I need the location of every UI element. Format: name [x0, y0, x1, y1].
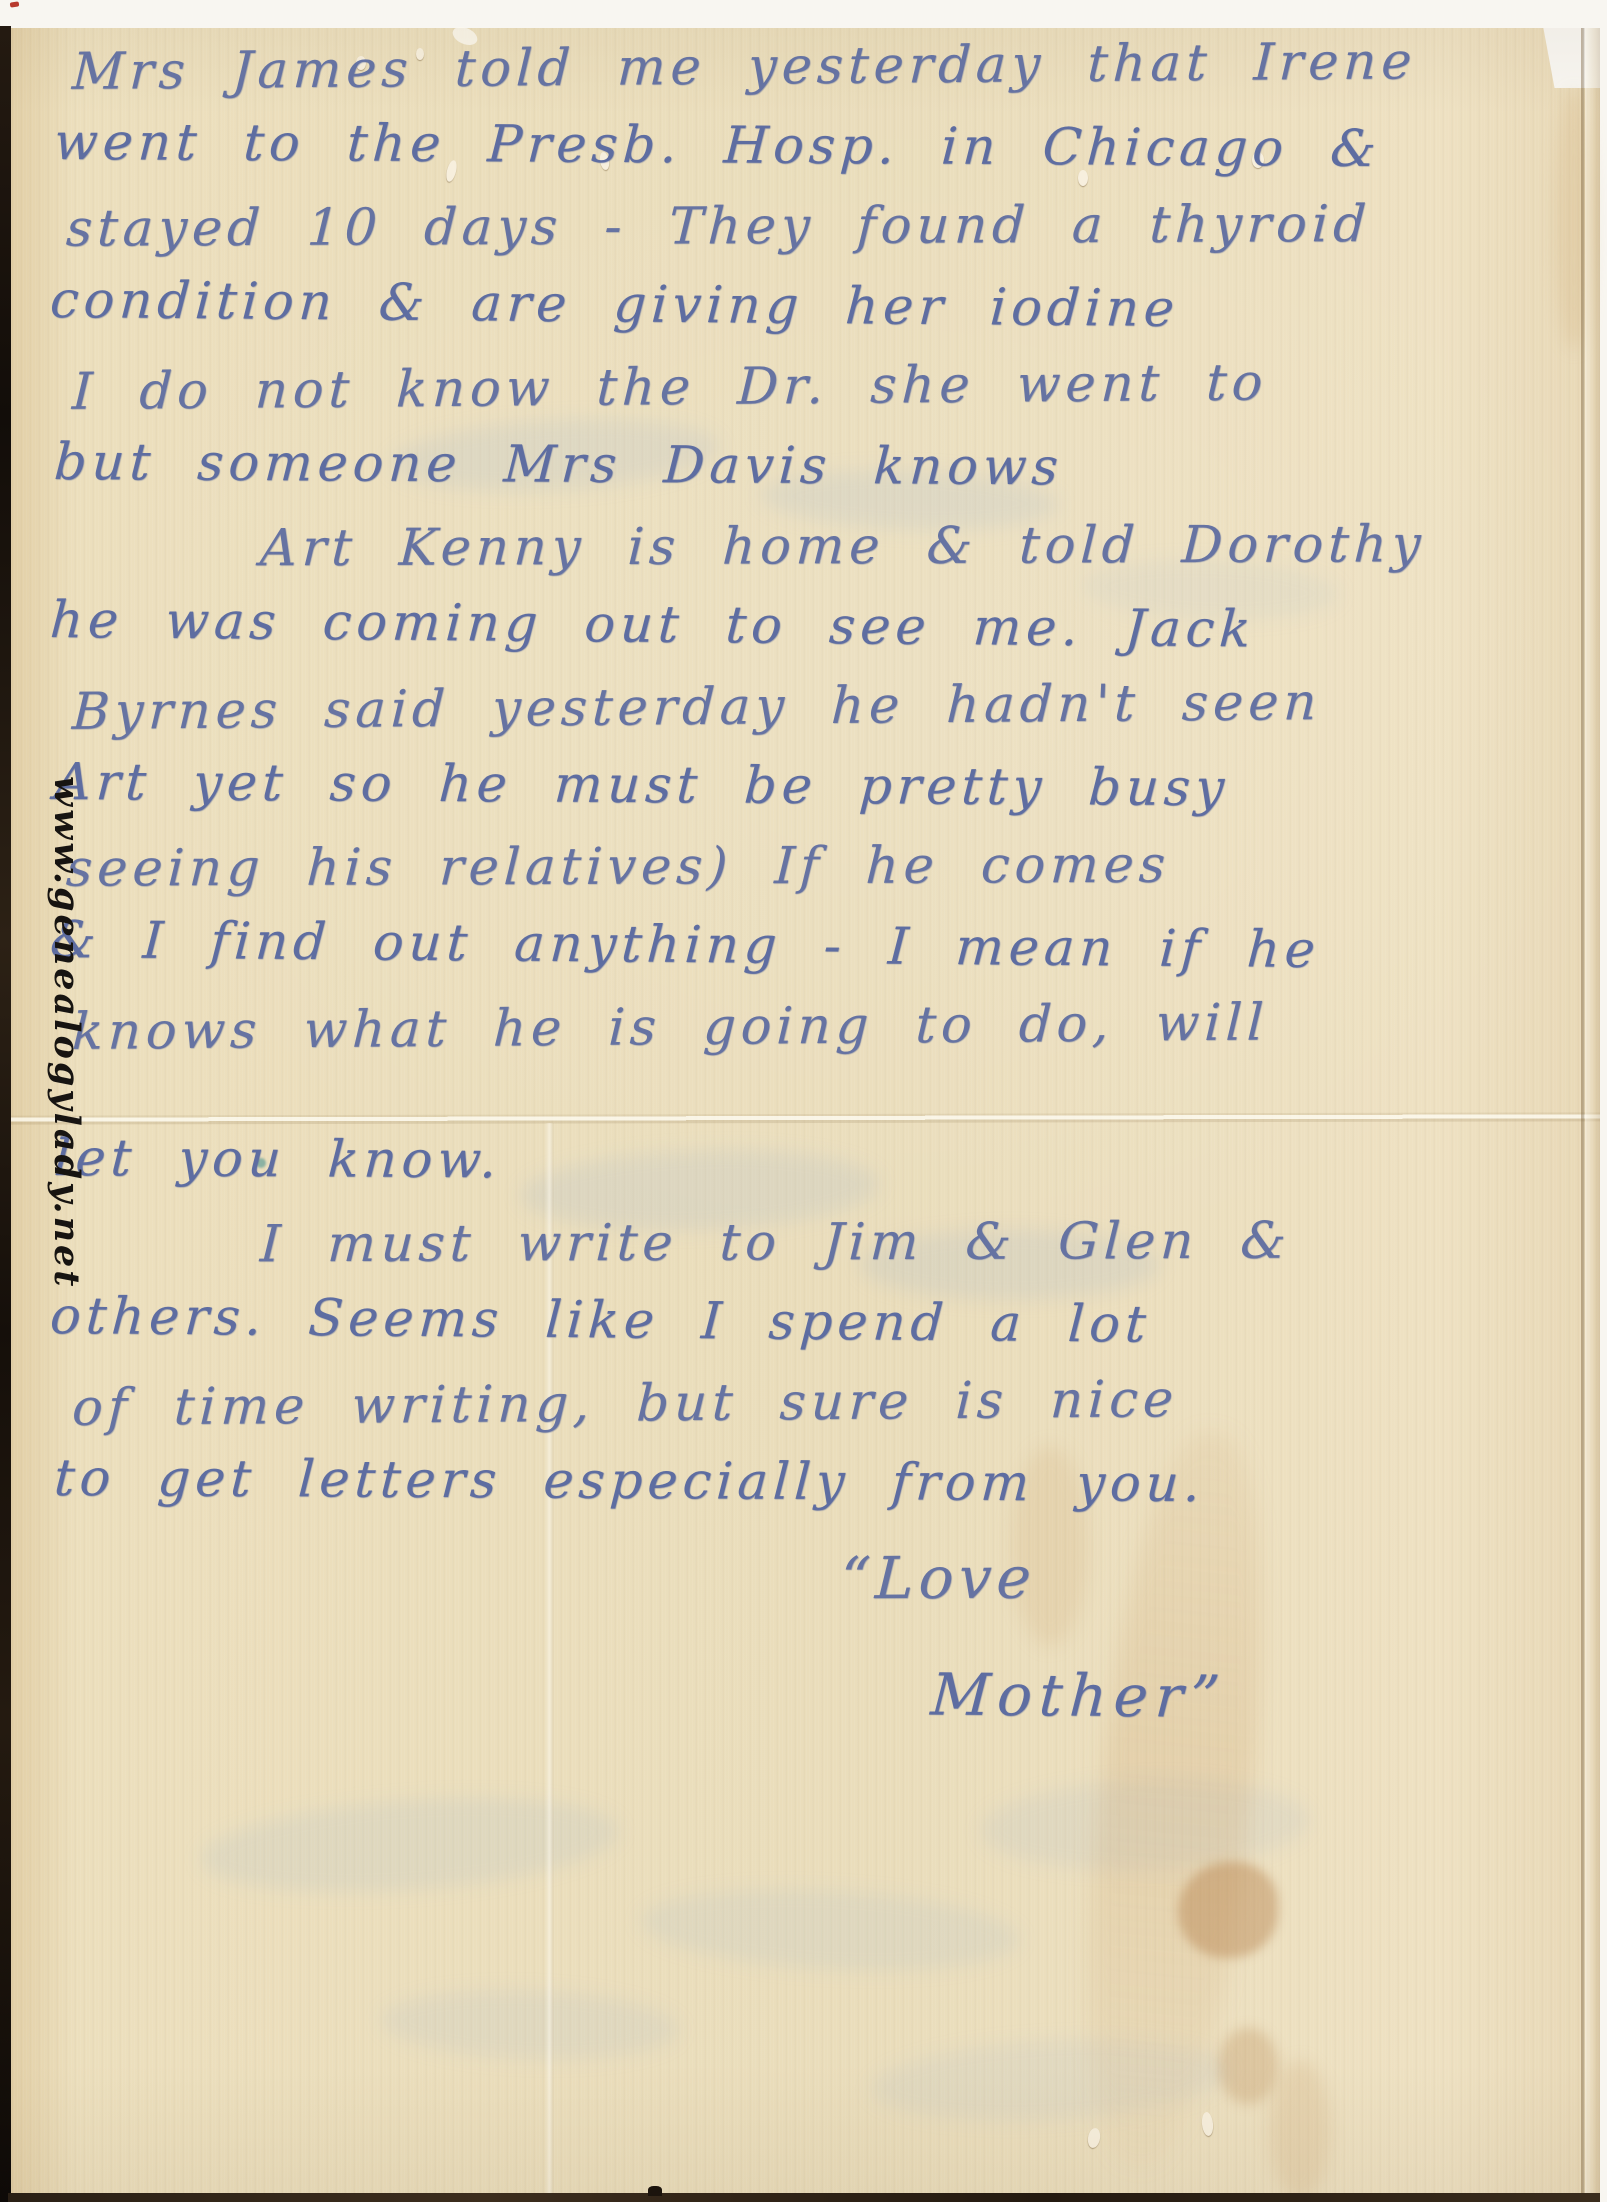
scanned-letter-page: Mrs James told me yesterday that Irenewe… — [0, 0, 1607, 2202]
letter-line: Mrs James told me yesterday that Irene — [70, 24, 1579, 116]
letter-line: stayed 10 days - They found a thyroid — [64, 187, 1579, 272]
letter-line: I must write to Jim & Glen & — [258, 1204, 1579, 1289]
letter-line: knows what he is going to do, will — [70, 984, 1579, 1076]
letter-line: but someone Mrs Davis knows — [52, 426, 1580, 514]
letter-line: he was coming out to see me. Jack — [48, 584, 1580, 676]
letter-line: & I find out anything - I mean if he — [48, 904, 1580, 996]
letter-line: “Love — [837, 1539, 1579, 1646]
fold-band-right — [1585, 28, 1600, 2194]
letter-line: Mother” — [927, 1657, 1580, 1766]
letter-line: seeing his relatives) If he comes — [64, 827, 1579, 912]
letter-line: Art Kenny is home & told Dorothy — [258, 508, 1579, 593]
letter-line: I do not know the Dr. she went to — [70, 344, 1579, 436]
scanner-edge-notch — [648, 2186, 662, 2196]
letter-line: let you know. — [52, 1122, 1580, 1210]
letter-line: Art yet so he must be pretty busy — [52, 746, 1580, 834]
letter-line: to get letters especially from you. — [52, 1442, 1580, 1530]
scanner-dark-edge-left — [0, 26, 11, 2202]
letter-line: of time writing, but sure is nice — [70, 1360, 1579, 1452]
scanner-dark-edge-bottom — [8, 2193, 1600, 2202]
letter-lines: Mrs James told me yesterday that Irenewe… — [32, 30, 1577, 1764]
letter-line: others. Seems like I spend a lot — [48, 1280, 1580, 1372]
letter-line: condition & are giving her iodine — [48, 264, 1580, 356]
letter-line: Byrnes said yesterday he hadn't seen — [70, 664, 1579, 756]
scanner-red-speck — [10, 1, 20, 7]
watermark-text: www.genealogylady.net — [46, 776, 87, 1289]
letter-line: went to the Presb. Hosp. in Chicago & — [52, 106, 1580, 194]
fold-crease-vertical-right — [1581, 28, 1585, 2194]
